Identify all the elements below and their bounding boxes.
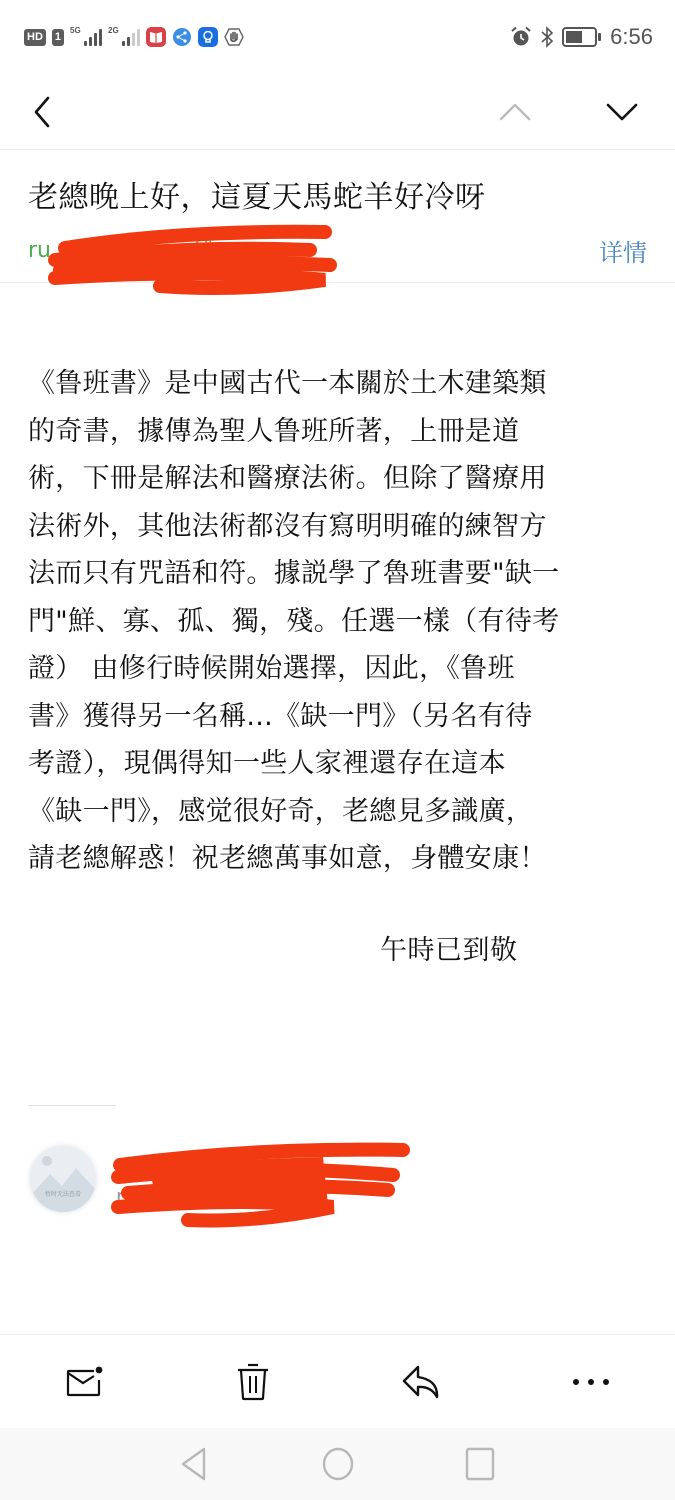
email-subject: 老總晚上好，這夏天馬蛇羊好冷呀 [28, 172, 486, 216]
image-placeholder-icon [30, 1146, 96, 1212]
status-bar: HD 1 5G 2G [0, 0, 675, 75]
email-body: 《鲁班書》是中國古代一本關於土木建築類 的奇書，據傳為聖人鲁班所著，上冊是道 術… [28, 360, 648, 883]
signature-divider [28, 1105, 116, 1106]
redaction-scribble [108, 1135, 418, 1230]
mail-unread-icon [65, 1365, 105, 1399]
body-line: 考證），現偶得知一些人家裡還存在這本 [28, 740, 648, 788]
book-app-icon [146, 27, 166, 47]
body-line: 證） 由修行時候開始選擇，因此，《鲁班 [28, 645, 648, 693]
chevron-up-icon [498, 101, 532, 123]
body-line: 的奇書，據傳為聖人鲁班所著，上冊是道 [28, 408, 648, 456]
body-line: 請老總解惑！祝老總萬事如意，身體安康！ [28, 835, 648, 883]
more-button[interactable] [566, 1357, 616, 1407]
details-link[interactable]: 详情 [599, 233, 647, 268]
system-home-button[interactable] [318, 1444, 358, 1484]
sender-address[interactable]: ru 到 [28, 233, 213, 264]
next-email-button[interactable] [597, 87, 647, 137]
back-triangle-icon [179, 1446, 209, 1482]
body-line: 《鲁班書》是中國古代一本關於土木建築類 [28, 360, 648, 408]
sender-row: ru 到 详情 [0, 225, 675, 283]
bluetooth-icon [540, 26, 554, 48]
body-line: 術，下冊是解法和醫療法術。但除了醫療用 [28, 455, 648, 503]
previous-email-button[interactable] [490, 87, 540, 137]
bulb-app-icon [198, 27, 218, 47]
hd-badge: HD [24, 29, 46, 46]
body-line: 門"鮮、寡、孤、獨，殘。任選一樣（有待考 [28, 598, 648, 646]
body-line: 法術外，其他法術都沒有寫明明確的練智方 [28, 503, 648, 551]
system-navigation-bar [0, 1428, 675, 1500]
mark-unread-button[interactable] [60, 1357, 110, 1407]
delete-button[interactable] [228, 1357, 278, 1407]
email-action-bar [0, 1334, 675, 1428]
signature-email: ruan n [116, 1184, 302, 1208]
body-line: 《缺一門》，感觉很好奇，老總見多識廣， [28, 788, 648, 836]
reply-icon [401, 1364, 443, 1400]
signal-5g-icon: 5G [70, 28, 102, 46]
battery-icon [562, 26, 602, 48]
signature-avatar: 暂时无法查看 [30, 1146, 96, 1212]
back-button[interactable] [17, 87, 67, 137]
email-nav-bar [0, 75, 675, 150]
chevron-down-icon [605, 101, 639, 123]
hand-app-icon [224, 27, 244, 47]
clock: 6:56 [610, 24, 653, 50]
avatar-caption: 暂时无法查看 [30, 1189, 96, 1198]
share-app-icon [172, 27, 192, 47]
home-circle-icon [321, 1446, 355, 1482]
chevron-left-icon [31, 95, 53, 129]
email-signoff: 午時已到敬 [380, 928, 518, 967]
reply-button[interactable] [397, 1357, 447, 1407]
alarm-icon [510, 26, 532, 48]
body-line: 書》獲得另一名稱...《缺一門》（另名有待 [28, 693, 648, 741]
signal-2g-icon: 2G [108, 28, 140, 46]
body-line: 法而只有咒語和符。據説學了魯班書要"缺一 [28, 550, 648, 598]
more-icon [571, 1377, 611, 1387]
status-left: HD 1 5G 2G [24, 25, 244, 49]
system-recents-button[interactable] [460, 1444, 500, 1484]
trash-icon [236, 1362, 270, 1402]
status-right: 6:56 [510, 24, 653, 50]
recents-square-icon [465, 1447, 495, 1481]
system-back-button[interactable] [174, 1444, 214, 1484]
sim-badge: 1 [52, 29, 64, 46]
